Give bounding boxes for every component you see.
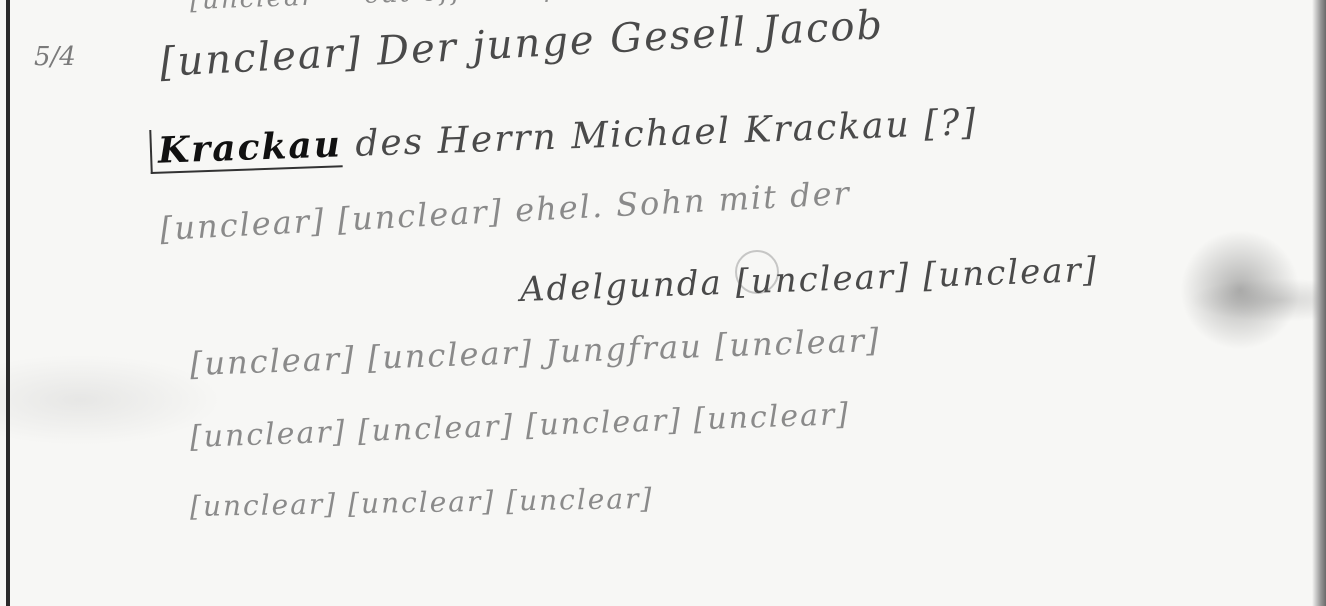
entry-line-1: [unclear] Der junge Gesell Jacob <box>159 2 885 86</box>
margin-note: 5/4 <box>34 42 76 72</box>
entry-line-2-rest: des Herrn Michael Krackau [?] <box>355 102 979 165</box>
left-margin-rule <box>6 0 10 606</box>
ink-stain <box>1180 230 1300 350</box>
entry-line-2: Krackau des Herrn Michael Krackau [?] <box>149 101 978 172</box>
document-page: 5/4 [unclear — cut off at top] [unclear]… <box>0 0 1326 606</box>
highlighted-surname: Krackau <box>149 123 342 174</box>
entry-line-6: [unclear] [unclear] [unclear] [unclear] <box>189 397 850 455</box>
entry-line-0: [unclear — cut off at top] <box>189 0 574 16</box>
entry-line-4: Adelgunda [unclear] [unclear] <box>519 250 1098 310</box>
entry-line-3: [unclear] [unclear] ehel. Sohn mit der <box>159 174 852 248</box>
page-edge-shadow <box>1312 0 1326 606</box>
entry-line-5: [unclear] [unclear] Jungfrau [unclear] <box>189 321 881 383</box>
entry-line-7: [unclear] [unclear] [unclear] <box>190 482 654 523</box>
